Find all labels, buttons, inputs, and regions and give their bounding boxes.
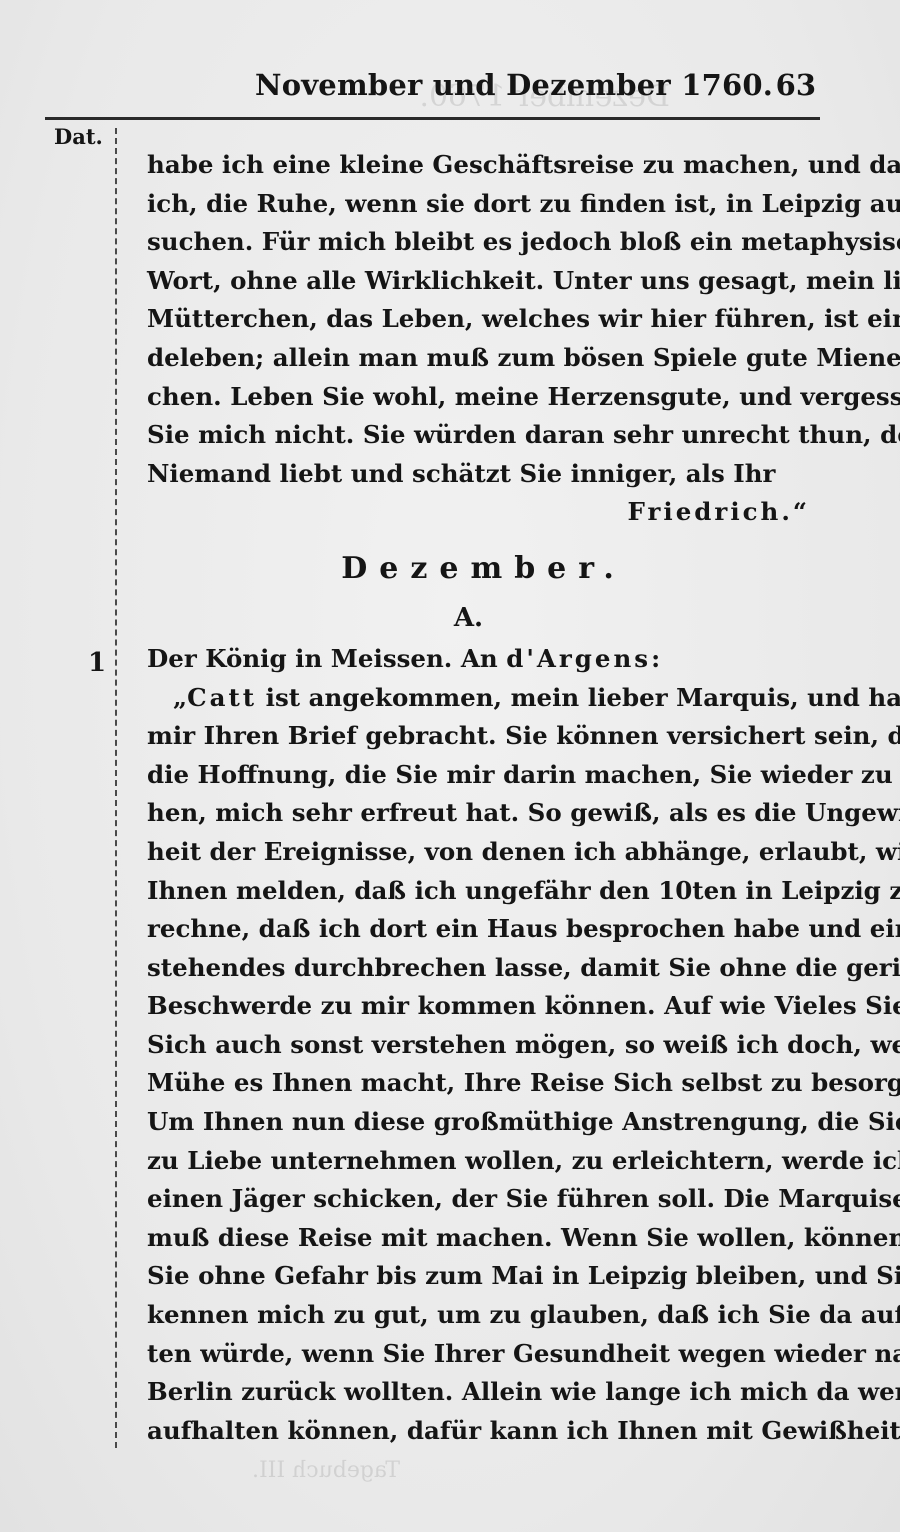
letter-continuation: habe ich eine kleine Geschäftsreise zu m… xyxy=(147,146,810,532)
text-line: rechne, daß ich dort ein Haus besprochen… xyxy=(147,910,810,949)
header-rule xyxy=(45,117,820,120)
text-line: aufhalten können, dafür kann ich Ihnen m… xyxy=(147,1412,810,1451)
text-fragment: ist angekommen, mein lieber Marquis, und… xyxy=(257,683,900,712)
body-text: habe ich eine kleine Geschäftsreise zu m… xyxy=(147,146,810,1450)
subsection-title: A. xyxy=(147,598,810,638)
book-page: Dezember 1760. Tagebuch III. November un… xyxy=(0,0,900,1532)
text-line: chen. Leben Sie wohl, meine Herzensgute,… xyxy=(147,378,810,417)
text-line: Mütterchen, das Leben, welches wir hier … xyxy=(147,300,810,339)
letter-entry: Der König in Meissen. An d'Argens: „Catt… xyxy=(147,640,810,1450)
text-line: Berlin zurück wollten. Allein wie lange … xyxy=(147,1373,810,1412)
text-line: Beschwerde zu mir kommen können. Auf wie… xyxy=(147,987,810,1026)
letter-signature: Friedrich.“ xyxy=(147,493,810,532)
text-line: heit der Ereignisse, von denen ich abhän… xyxy=(147,833,810,872)
text-line: ten würde, wenn Sie Ihrer Gesundheit weg… xyxy=(147,1335,810,1374)
entry-recipient: d'Argens: xyxy=(506,644,663,673)
text-line: stehendes durchbrechen lasse, damit Sie … xyxy=(147,949,810,988)
text-line: deleben; allein man muß zum bösen Spiele… xyxy=(147,339,810,378)
running-title: November und Dezember 1760. xyxy=(255,68,773,102)
margin-rule xyxy=(115,128,117,1448)
text-line: Mühe es Ihnen macht, Ihre Reise Sich sel… xyxy=(147,1064,810,1103)
entry-heading-text: Der König in Meissen. An xyxy=(147,644,506,673)
text-line: Ihnen melden, daß ich ungefähr den 10ten… xyxy=(147,872,810,911)
text-line: suchen. Für mich bleibt es jedoch bloß e… xyxy=(147,223,810,262)
opening-name: Catt xyxy=(187,683,257,712)
opening-quote: „ xyxy=(173,683,187,712)
text-line: ich, die Ruhe, wenn sie dort zu finden i… xyxy=(147,185,810,224)
text-line: Wort, ohne alle Wirklichkeit. Unter uns … xyxy=(147,262,810,301)
date-column-label: Dat. xyxy=(54,124,103,149)
text-line: Um Ihnen nun diese großmüthige Anstrengu… xyxy=(147,1103,810,1142)
text-line: Niemand liebt und schätzt Sie inniger, a… xyxy=(147,455,810,494)
text-line: Sie mich nicht. Sie würden daran sehr un… xyxy=(147,416,810,455)
text-line: zu Liebe unternehmen wollen, zu erleicht… xyxy=(147,1142,810,1181)
section-title: Dezember. xyxy=(147,540,810,598)
text-line: einen Jäger schicken, der Sie führen sol… xyxy=(147,1180,810,1219)
date-entry-number: 1 xyxy=(88,648,106,678)
text-line: Sich auch sonst verstehen mögen, so weiß… xyxy=(147,1026,810,1065)
text-line: Sie ohne Gefahr bis zum Mai in Leipzig b… xyxy=(147,1257,810,1296)
text-line: habe ich eine kleine Geschäftsreise zu m… xyxy=(147,146,810,185)
text-line: mir Ihren Brief gebracht. Sie können ver… xyxy=(147,717,810,756)
page-header: November und Dezember 1760. 63 xyxy=(120,64,820,114)
text-line: „Catt ist angekommen, mein lieber Marqui… xyxy=(147,679,810,718)
page-number: 63 xyxy=(776,68,816,102)
text-line: muß diese Reise mit machen. Wenn Sie wol… xyxy=(147,1219,810,1258)
text-line: die Hoffnung, die Sie mir darin machen, … xyxy=(147,756,810,795)
entry-heading: Der König in Meissen. An d'Argens: xyxy=(147,640,810,679)
text-line: hen, mich sehr erfreut hat. So gewiß, al… xyxy=(147,794,810,833)
text-line: kennen mich zu gut, um zu glauben, daß i… xyxy=(147,1296,810,1335)
bleed-footer: Tagebuch III. xyxy=(252,1452,400,1491)
